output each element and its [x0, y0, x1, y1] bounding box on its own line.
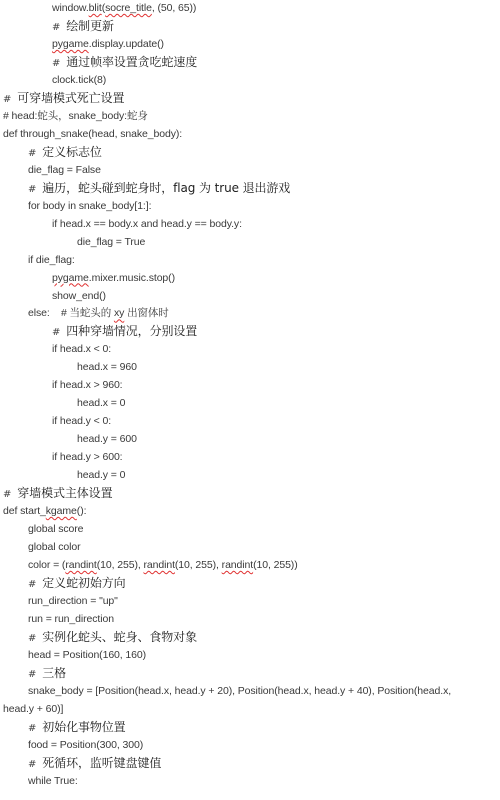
line-text: for body in snake_body[1:]: — [28, 200, 151, 212]
line-text: 通过帧率设置贪吃蛇速度 — [66, 55, 197, 69]
comment-marker: # — [28, 723, 36, 734]
comment-marker: # — [3, 489, 11, 500]
line-text: 三格 — [42, 666, 66, 680]
line-text: 初始化事物位置 — [42, 720, 125, 734]
line-text: head = Position(160, 160) — [28, 649, 146, 661]
spellcheck-flagged-word: randint — [65, 559, 96, 571]
code-line: if head.x > 960: — [0, 377, 500, 395]
line-text: clock.tick(8) — [52, 74, 106, 86]
line-text: snake_body = [Position(head.x, head.y + … — [28, 685, 451, 697]
comment-marker: # — [28, 633, 36, 644]
line-text: def through_snake(head, snake_body): — [3, 128, 182, 140]
code-line: head.y + 60)] — [0, 701, 500, 719]
line-text: 死循环，监听键盘键值 — [42, 756, 161, 770]
code-line: def start_kgame(): — [0, 503, 500, 521]
spellcheck-flagged-word: pygame — [52, 38, 89, 50]
code-line: snake_body = [Position(head.x, head.y + … — [0, 683, 500, 701]
comment-line: #定义蛇初始方向 — [0, 575, 500, 593]
line-text: 可穿墙模式死亡设置 — [17, 91, 124, 105]
line-text: food = Position(300, 300) — [28, 739, 143, 751]
line-text: 实例化蛇头、蛇身、食物对象 — [42, 630, 197, 644]
line-text: (10, 255)) — [253, 559, 298, 571]
code-line: window.blit(socre_title, (50, 65)) — [0, 0, 500, 18]
spellcheck-flagged-word: blit — [89, 2, 102, 14]
code-line: global score — [0, 521, 500, 539]
line-text: run_direction = "up" — [28, 595, 118, 607]
code-line: pygame.mixer.music.stop() — [0, 270, 500, 288]
code-line: run_direction = "up" — [0, 593, 500, 611]
line-text: color = ( — [28, 559, 65, 571]
comment-line: #四种穿墙情况，分别设置 — [0, 323, 500, 341]
comment-line: #实例化蛇头、蛇身、食物对象 — [0, 629, 500, 647]
line-text: if head.y > 600: — [52, 451, 123, 463]
line-text: (10, 255), — [175, 559, 222, 571]
code-line: def through_snake(head, snake_body): — [0, 126, 500, 144]
line-text: if die_flag: — [28, 254, 75, 266]
line-text: else: # 当蛇头的 — [28, 307, 114, 319]
code-line: run = run_direction — [0, 611, 500, 629]
comment-line: #通过帧率设置贪吃蛇速度 — [0, 54, 500, 72]
line-text: 定义蛇初始方向 — [42, 576, 125, 590]
line-text: global color — [28, 541, 81, 553]
line-text: head.y = 600 — [77, 433, 137, 445]
code-line: head.x = 0 — [0, 395, 500, 413]
code-line: if die_flag: — [0, 252, 500, 270]
comment-marker: # — [3, 94, 11, 105]
line-text: window. — [52, 2, 89, 14]
line-text: if head.y < 0: — [52, 415, 111, 427]
comment-line: #初始化事物位置 — [0, 719, 500, 737]
line-text: # head:蛇头，snake_body:蛇身 — [3, 110, 148, 122]
code-line: head.y = 0 — [0, 467, 500, 485]
spellcheck-flagged-word: xy — [114, 307, 124, 319]
comment-marker: # — [52, 22, 60, 33]
line-text: head.y = 0 — [77, 469, 125, 481]
line-text: (): — [77, 505, 87, 517]
comment-marker: # — [28, 184, 36, 195]
comment-line: #穿墙模式主体设置 — [0, 485, 500, 503]
spellcheck-flagged-word: pygame — [52, 272, 89, 284]
code-line: clock.tick(8) — [0, 72, 500, 90]
code-line: else: # 当蛇头的 xy 出窗体时 — [0, 305, 500, 323]
code-line: color = (randint(10, 255), randint(10, 2… — [0, 557, 500, 575]
code-line: die_flag = False — [0, 162, 500, 180]
line-text: .mixer.music.stop() — [89, 272, 175, 284]
code-line: # head:蛇头，snake_body:蛇身 — [0, 108, 500, 126]
code-line: if head.y > 600: — [0, 449, 500, 467]
comment-line: #三格 — [0, 665, 500, 683]
spellcheck-flagged-word: randint — [222, 559, 253, 571]
line-text: 绘制更新 — [66, 19, 114, 33]
spellcheck-flagged-word: socre_title — [105, 2, 152, 14]
line-text: def start_ — [3, 505, 46, 517]
code-line: global color — [0, 539, 500, 557]
comment-line: #遍历，蛇头碰到蛇身时，flag 为 true 退出游戏 — [0, 180, 500, 198]
code-line: die_flag = True — [0, 234, 500, 252]
line-text: if head.x == body.x and head.y == body.y… — [52, 218, 242, 230]
line-text: die_flag = False — [28, 164, 101, 176]
line-text: (10, 255), — [97, 559, 144, 571]
comment-marker: # — [28, 148, 36, 159]
line-text: run = run_direction — [28, 613, 114, 625]
spellcheck-flagged-word: randint — [144, 559, 175, 571]
line-text: head.x = 0 — [77, 397, 125, 409]
line-text: 遍历，蛇头碰到蛇身时，flag 为 true 退出游戏 — [42, 181, 290, 195]
line-text: head.x = 960 — [77, 361, 137, 373]
code-line: while True: — [0, 773, 500, 791]
comment-marker: # — [52, 327, 60, 338]
code-line: pygame.display.update() — [0, 36, 500, 54]
line-text: 四种穿墙情况，分别设置 — [66, 324, 197, 338]
code-line: food = Position(300, 300) — [0, 737, 500, 755]
line-text: while True: — [28, 775, 78, 787]
code-line: if head.x == body.x and head.y == body.y… — [0, 216, 500, 234]
code-line: show_end() — [0, 288, 500, 306]
spellcheck-flagged-word: kgame — [46, 505, 77, 517]
code-line: for body in snake_body[1:]: — [0, 198, 500, 216]
code-line: head.x = 960 — [0, 359, 500, 377]
comment-line: #绘制更新 — [0, 18, 500, 36]
code-document: window.blit(socre_title, (50, 65))#绘制更新p… — [0, 0, 500, 791]
line-text: global score — [28, 523, 83, 535]
comment-line: #死循环，监听键盘键值 — [0, 755, 500, 773]
comment-marker: # — [28, 669, 36, 680]
line-text: 定义标志位 — [42, 145, 102, 159]
comment-marker: # — [28, 759, 36, 770]
comment-line: #定义标志位 — [0, 144, 500, 162]
line-text: 出窗体时 — [124, 307, 168, 319]
line-text: die_flag = True — [77, 236, 145, 248]
code-line: if head.y < 0: — [0, 413, 500, 431]
line-text: 穿墙模式主体设置 — [17, 486, 112, 500]
code-line: if head.x < 0: — [0, 341, 500, 359]
comment-marker: # — [28, 579, 36, 590]
line-text: show_end() — [52, 290, 106, 302]
line-text: , (50, 65)) — [152, 2, 196, 14]
comment-marker: # — [52, 58, 60, 69]
line-text: if head.x < 0: — [52, 343, 111, 355]
line-text: if head.x > 960: — [52, 379, 123, 391]
line-text: .display.update() — [89, 38, 164, 50]
code-line: head.y = 600 — [0, 431, 500, 449]
code-line: head = Position(160, 160) — [0, 647, 500, 665]
line-text: head.y + 60)] — [3, 703, 63, 715]
comment-line: #可穿墙模式死亡设置 — [0, 90, 500, 108]
